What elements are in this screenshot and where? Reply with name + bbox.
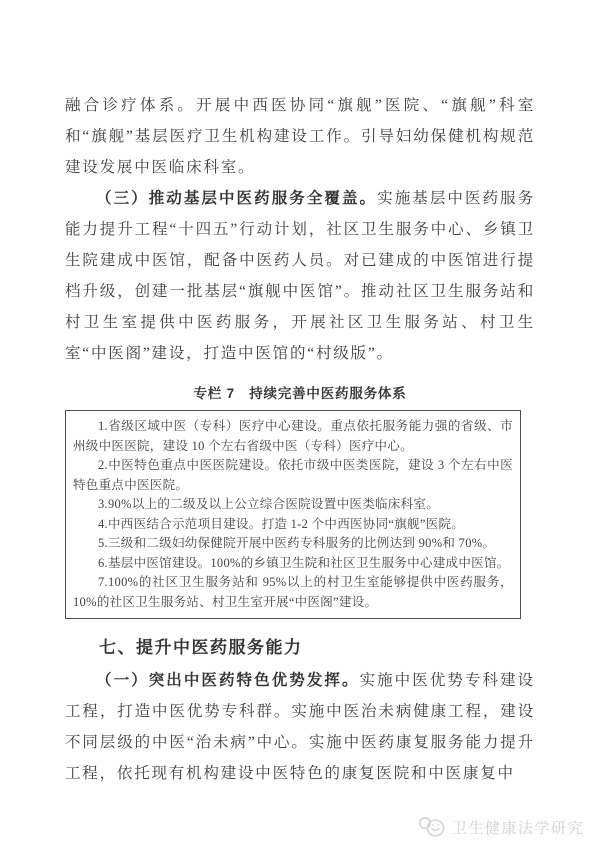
column-box-item: 5.三级和二级妇幼保健院开展中医药专科服务的比例达到 90%和 70%。 (73, 534, 513, 554)
column-box-item: 3.90%以上的二级及以上公立综合医院设置中医类临床科室。 (73, 495, 513, 515)
column-7-box: 1.省级区域中医（专科）医疗中心建设。重点依托服务能力强的省级、市州级中医医院，… (65, 410, 521, 619)
paragraph-continuation: 融合诊疗体系。开展中西医协同“旗舰”医院、“旗舰”科室和“旗舰”基层医疗卫生机构… (65, 90, 535, 183)
document-content: 融合诊疗体系。开展中西医协同“旗舰”医院、“旗舰”科室和“旗舰”基层医疗卫生机构… (65, 90, 535, 789)
column-box-item: 4.中西医结合示范项目建设。打造 1-2 个中西医协同“旗舰”医院。 (73, 515, 513, 535)
column-box-item: 1.省级区域中医（专科）医疗中心建设。重点依托服务能力强的省级、市州级中医医院，… (73, 417, 513, 456)
column-box-item: 2.中医特色重点中医医院建设。依托市级中医类医院，建设 3 个左右中医特色重点中… (73, 456, 513, 495)
paragraph-section-1: （一）突出中医药特色优势发挥。实施中医优势专科建设工程，打造中医优势专科群。实施… (65, 665, 535, 789)
paragraph-section-3-lead: （三）推动基层中医药服务全覆盖。 (96, 190, 377, 207)
paragraph-section-1-lead: （一）突出中医药特色优势发挥。 (96, 672, 360, 689)
document-page: 融合诊疗体系。开展中西医协同“旗舰”医院、“旗舰”科室和“旗舰”基层医疗卫生机构… (0, 0, 600, 849)
watermark: 卫生健康法学研究 (417, 815, 584, 839)
paragraph-section-3-body: 实施基层中医药服务能力提升工程“十四五”行动计划，社区卫生服务中心、乡镇卫生院建… (65, 190, 535, 362)
mascot-face-icon (417, 815, 447, 839)
column-box-item: 6.基层中医馆建设。100%的乡镇卫生院和社区卫生服务中心建成中医馆。 (73, 554, 513, 574)
section-heading-7: 七、提升中医药服务能力 (65, 633, 535, 658)
column-box-item: 7.100%的社区卫生服务站和 95%以上的村卫生室能够提供中医药服务，10%的… (73, 573, 513, 612)
column-box-title: 专栏 7 持续完善中医药服务体系 (65, 382, 535, 402)
paragraph-section-3: （三）推动基层中医药服务全覆盖。实施基层中医药服务能力提升工程“十四五”行动计划… (65, 183, 535, 369)
watermark-text: 卫生健康法学研究 (452, 817, 584, 838)
